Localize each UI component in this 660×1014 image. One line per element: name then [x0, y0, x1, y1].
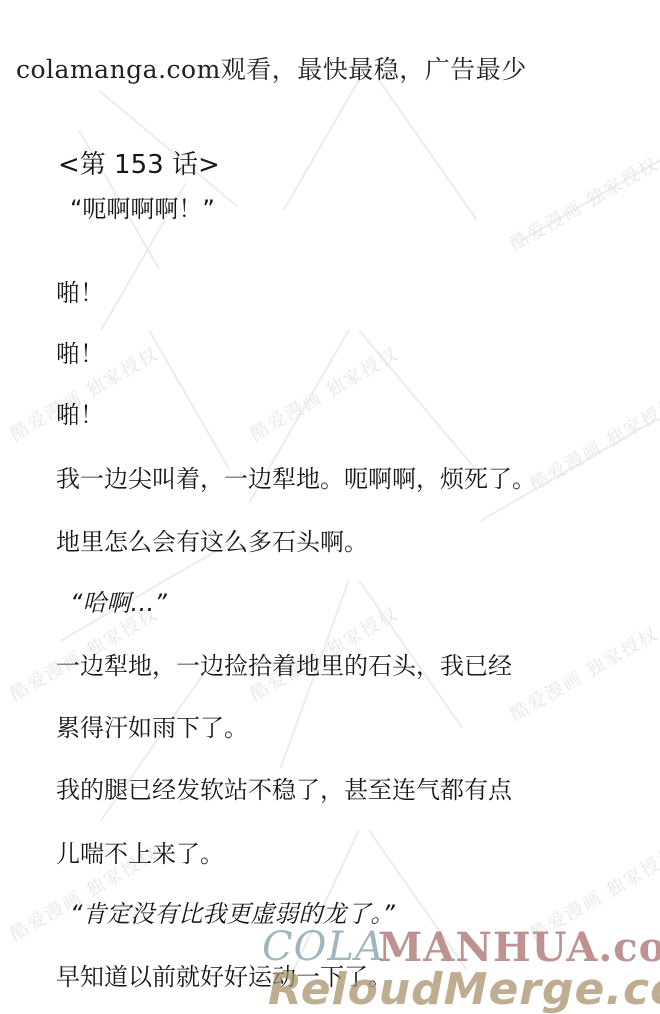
watermark-faint-text: 酷爱漫画 独家授权 [525, 840, 660, 946]
text-line: 一边犁地，一边捡拾着地里的石头，我已经 [56, 654, 512, 678]
watermark-faint-text: 酷爱漫画 独家授权 [525, 390, 660, 496]
watermark-faint-text: 酷爱漫画 独家授权 [505, 620, 660, 726]
text-line: 我的腿已经发软站不稳了，甚至连气都有点 [56, 778, 512, 802]
watermark-stroke [378, 80, 477, 220]
watermark-faint-text: 酷爱漫画 独家授权 [505, 150, 660, 256]
watermark-stroke [99, 90, 238, 207]
text-line: 啪！ [56, 281, 104, 305]
watermark-stroke [358, 330, 475, 469]
text-line: 啪！ [56, 342, 104, 366]
brand-watermark-manhua: MANHUA.com [378, 924, 660, 971]
text-line: 我一边尖叫着，一边犁地。呃啊啊，烦死了。 [56, 467, 536, 491]
text-line: 早知道以前就好好运动一下了。 [56, 965, 392, 989]
watermark-faint-text: 酷爱漫画 独家授权 [245, 340, 403, 446]
watermark-stroke [520, 140, 660, 242]
text-line: 儿喘不上来了。 [56, 842, 224, 866]
source-banner: colamanga.com观看，最快最稳，广告最少 [16, 50, 527, 86]
text-line: “呃啊啊啊！” [70, 197, 215, 221]
text-line: “肯定没有比我更虚弱的龙了。” [70, 902, 395, 926]
text-line: 地里怎么会有这么多石头啊。 [56, 530, 368, 554]
text-line: 啪！ [56, 403, 104, 427]
chapter-title: <第 153 话> [58, 152, 220, 178]
watermark-stroke [283, 79, 360, 210]
text-line: 累得汗如雨下了。 [56, 716, 248, 740]
text-line: “哈啊…” [70, 591, 167, 615]
watermark-stroke [148, 330, 230, 470]
